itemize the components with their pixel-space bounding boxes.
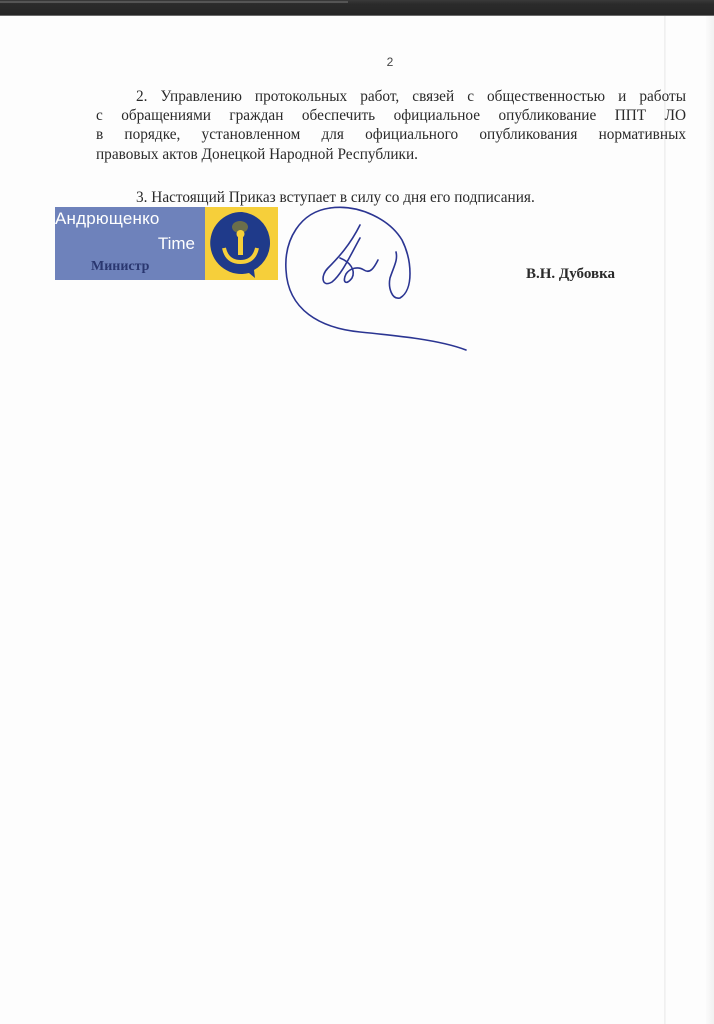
watermark-title: Андрющенко — [55, 209, 195, 229]
paragraph-2: 2. Управлению протокольных работ, связей… — [96, 87, 686, 164]
anchor-helmet-icon — [209, 210, 275, 278]
page-edge-shadow — [706, 16, 714, 1024]
watermark-badge: Андрющенко Time Министр — [55, 207, 278, 280]
top-bar-highlight — [0, 1, 348, 3]
watermark-yellow-panel — [205, 207, 278, 280]
watermark-subtitle: Time — [158, 234, 195, 254]
signer-position: Министр — [91, 259, 149, 275]
viewer-top-bar — [0, 0, 714, 16]
paragraph-2-line: правовых актов Донецкой Народной Республ… — [96, 145, 686, 164]
signer-name: В.Н. Дубовка — [526, 266, 615, 283]
page-edge — [664, 16, 666, 1024]
handwritten-signature — [280, 200, 480, 360]
paragraph-2-line: в порядке, установленном для официальног… — [96, 125, 686, 144]
page-number: 2 — [0, 55, 714, 69]
watermark-blue-panel: Андрющенко Time Министр — [55, 207, 205, 280]
paragraph-2-line: 2. Управлению протокольных работ, связей… — [96, 87, 686, 106]
paragraph-2-line: с обращениями граждан обеспечить официал… — [96, 106, 686, 125]
